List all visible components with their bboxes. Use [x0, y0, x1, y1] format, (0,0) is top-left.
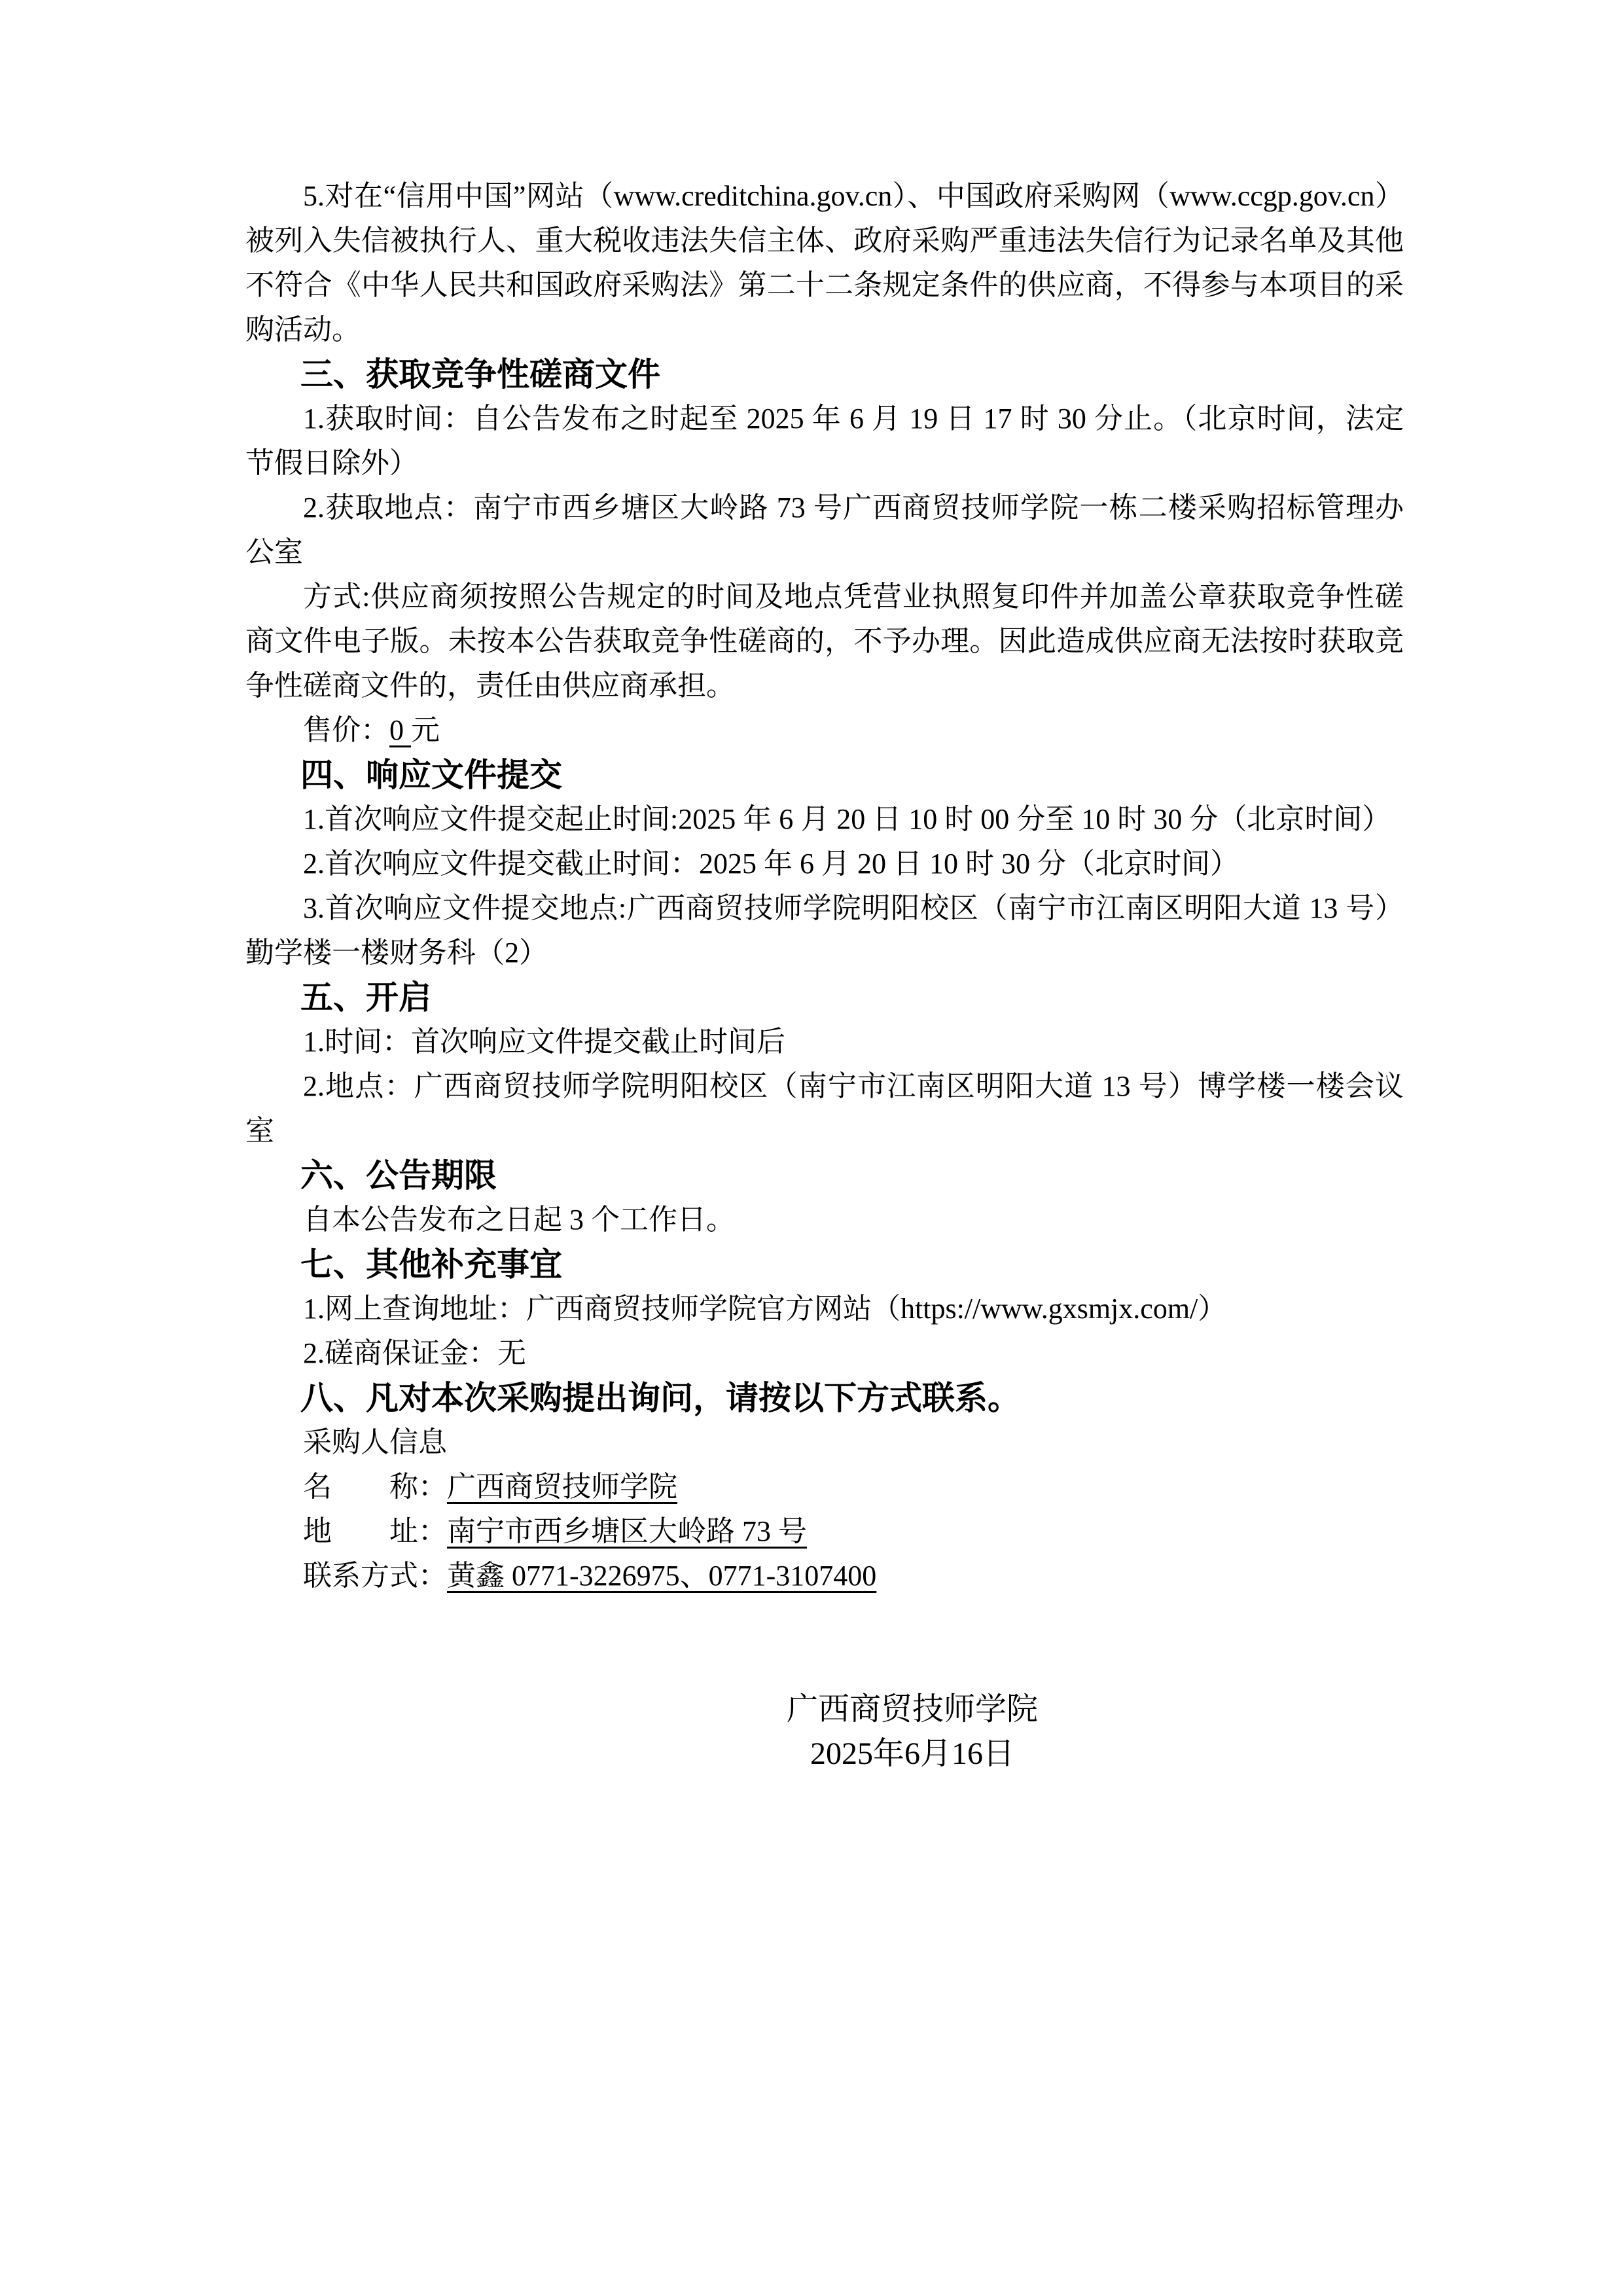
buyer-address-line: 地 址：南宁市西乡塘区大岭路 73 号 — [245, 1509, 1404, 1554]
price-label: 售价： — [303, 714, 389, 746]
section-6-heading: 六、公告期限 — [245, 1153, 1404, 1198]
section-8-heading: 八、凡对本次采购提出询问，请按以下方式联系。 — [245, 1376, 1404, 1420]
section-7-heading: 七、其他补充事宜 — [245, 1242, 1404, 1287]
section-4-submit-deadline: 2.首次响应文件提交截止时间：2025 年 6 月 20 日 10 时 30 分… — [245, 842, 1404, 886]
price-unit: 元 — [411, 714, 440, 746]
section-4-submit-place: 3.首次响应文件提交地点:广西商贸技师学院明阳校区（南宁市江南区明阳大道 13 … — [245, 886, 1404, 975]
signature-block: 广西商贸技师学院 2025年6月16日 — [787, 1687, 1038, 1776]
buyer-name-label: 名 称： — [303, 1471, 447, 1503]
buyer-contact-line: 联系方式：黄鑫 0771-3226975、0771-3107400 — [245, 1554, 1404, 1598]
page-content: 5.对在“信用中国”网站（www.creditchina.gov.cn）、中国政… — [0, 0, 1623, 1776]
buyer-name-value: 广西商贸技师学院 — [447, 1471, 677, 1503]
section-3-obtain-time: 1.获取时间：自公告发布之时起至 2025 年 6 月 19 日 17 时 30… — [245, 397, 1404, 486]
buyer-address-label: 地 址： — [303, 1515, 447, 1547]
section-7-website: 1.网上查询地址：广西商贸技师学院官方网站（https://www.gxsmjx… — [245, 1287, 1404, 1331]
section-3-obtain-place: 2.获取地点：南宁市西乡塘区大岭路 73 号广西商贸技师学院一栋二楼采购招标管理… — [245, 486, 1404, 575]
section-4-heading: 四、响应文件提交 — [245, 753, 1404, 797]
buyer-name-line: 名 称：广西商贸技师学院 — [245, 1465, 1404, 1509]
buyer-address-value: 南宁市西乡塘区大岭路 73 号 — [447, 1515, 807, 1547]
section-4-submit-window: 1.首次响应文件提交起止时间:2025 年 6 月 20 日 10 时 00 分… — [245, 797, 1404, 842]
price-value: 0 — [389, 714, 411, 746]
buyer-contact-label: 联系方式： — [303, 1560, 447, 1592]
section-7-deposit: 2.磋商保证金：无 — [245, 1331, 1404, 1376]
section-5-open-time: 1.时间：首次响应文件提交截止时间后 — [245, 1020, 1404, 1064]
section-3-obtain-method: 方式:供应商须按照公告规定的时间及地点凭营业执照复印件并加盖公章获取竞争性磋商文… — [245, 575, 1404, 708]
section-3-heading: 三、获取竞争性磋商文件 — [245, 352, 1404, 397]
signature-org: 广西商贸技师学院 — [787, 1687, 1038, 1732]
section-6-period: 自本公告发布之日起 3 个工作日。 — [245, 1198, 1404, 1242]
announcement-page: 5.对在“信用中国”网站（www.creditchina.gov.cn）、中国政… — [0, 0, 1623, 2296]
buyer-contact-value: 黄鑫 0771-3226975、0771-3107400 — [447, 1560, 876, 1592]
section-3-price-line: 售价：0 元 — [245, 708, 1404, 753]
clause-supplier-blacklist: 5.对在“信用中国”网站（www.creditchina.gov.cn）、中国政… — [245, 174, 1404, 352]
signature-date: 2025年6月16日 — [787, 1732, 1038, 1776]
section-5-open-place: 2.地点：广西商贸技师学院明阳校区（南宁市江南区明阳大道 13 号）博学楼一楼会… — [245, 1064, 1404, 1153]
buyer-info-title: 采购人信息 — [245, 1420, 1404, 1465]
section-5-heading: 五、开启 — [245, 975, 1404, 1020]
